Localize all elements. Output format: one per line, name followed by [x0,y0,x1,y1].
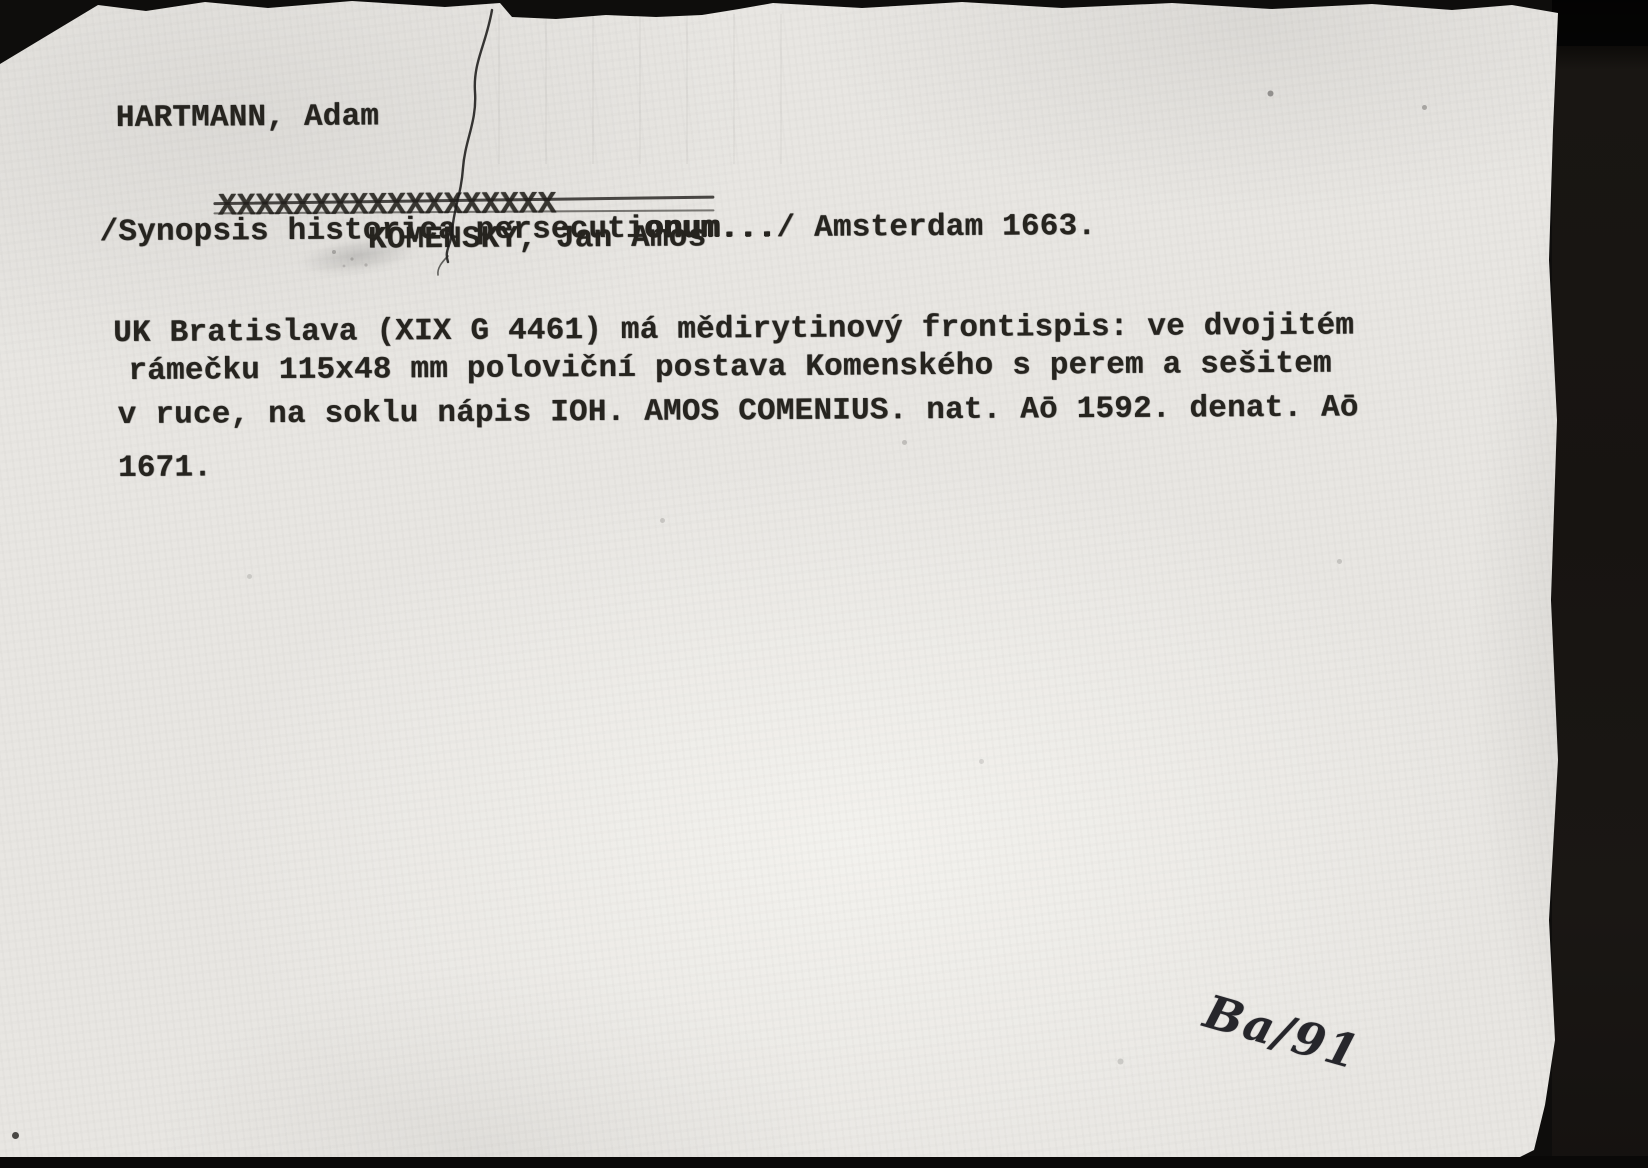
title-text-pre: /Synopsis historica persecuti [99,212,645,250]
title-overtyped-correction: onum... [645,211,777,247]
scanned-catalog-card-page: { "colors": { "paper": "#e8e6e2", "typew… [0,0,1648,1168]
catalog-card: HARTMANN, Adam KOMENSKÝ, Jan Amos XXXXXX… [0,0,1648,1168]
note-line: rámečku 115x48 mm poloviční postava Kome… [128,347,1332,390]
note-line: v ruce, na soklu nápis IOH. AMOS COMENIU… [118,390,1359,434]
note-line: 1671. [118,450,212,487]
typewritten-block: HARTMANN, Adam KOMENSKÝ, Jan Amos XXXXXX… [0,0,1648,1168]
scanner-edge-bottom [0,1156,1648,1168]
dust-specks [0,0,3,3]
title-line: /Synopsis historica persecutionum.../ Am… [99,209,1096,251]
scanner-edge-band-top [1552,0,1648,46]
scanner-edge-band [1552,0,1648,1168]
author-heading: HARTMANN, Adam [116,99,379,137]
title-text-post: / Amsterdam 1663. [776,209,1096,246]
note-line: UK Bratislava (XIX G 4461) má mědirytino… [113,308,1354,352]
